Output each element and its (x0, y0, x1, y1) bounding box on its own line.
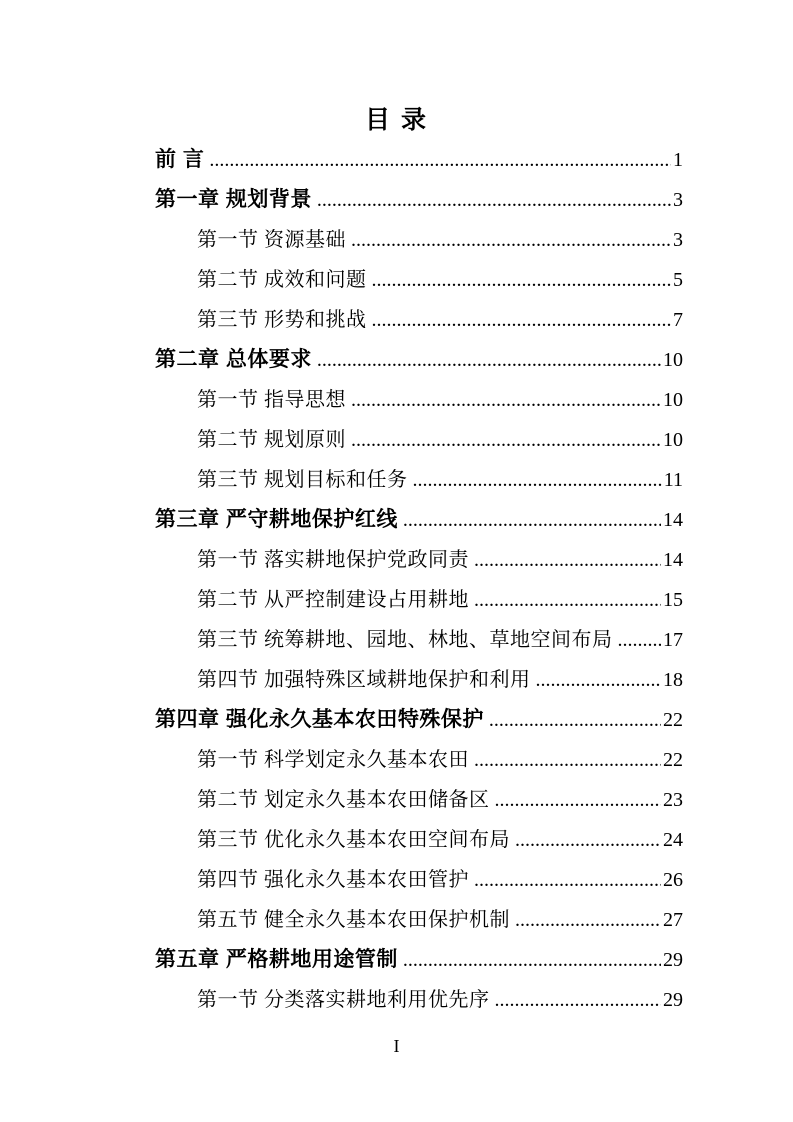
page-title: 目 录 (0, 100, 793, 136)
toc-entry-label: 第三节 优化永久基本农田空间布局 (197, 820, 510, 860)
toc-entry-label: 第四章 强化永久基本农田特殊保护 (155, 700, 484, 740)
toc-entry-label: 第二节 划定永久基本农田储备区 (197, 780, 490, 820)
dot-leader (489, 700, 661, 740)
toc-entry[interactable]: 第五节 健全永久基本农田保护机制 27 (155, 900, 683, 940)
dot-leader (474, 740, 661, 780)
dot-leader (618, 620, 662, 660)
toc-entry[interactable]: 第一节 分类落实耕地利用优先序 29 (155, 980, 683, 1020)
toc-entry[interactable]: 第一节 指导思想 10 (155, 380, 683, 420)
toc-entry-label: 第五节 健全永久基本农田保护机制 (197, 900, 510, 940)
dot-leader (372, 300, 672, 340)
dot-leader (372, 260, 672, 300)
toc-entry[interactable]: 第三节 形势和挑战 7 (155, 300, 683, 340)
toc-entry[interactable]: 第二节 划定永久基本农田储备区 23 (155, 780, 683, 820)
toc-entry[interactable]: 第一节 资源基础 3 (155, 220, 683, 260)
dot-leader (403, 940, 661, 980)
toc-entry-page: 11 (664, 460, 683, 500)
toc-entry[interactable]: 第三章 严守耕地保护红线 14 (155, 500, 683, 540)
toc-entry-page: 26 (663, 860, 683, 900)
toc-entry-label: 第二节 成效和问题 (197, 260, 367, 300)
toc-entry-page: 17 (663, 620, 683, 660)
document-page: 目 录 前 言 1 第一章 规划背景 3 第一节 资源基础 3 第二节 成效和问… (0, 0, 793, 1122)
dot-leader (209, 140, 671, 180)
toc-entry-page: 22 (663, 700, 683, 740)
toc-entry-page: 18 (663, 660, 683, 700)
toc-entry[interactable]: 第二节 规划原则 10 (155, 420, 683, 460)
toc-entry-page: 3 (673, 180, 683, 220)
toc-entry-page: 1 (673, 140, 683, 180)
toc-entry-page: 14 (663, 500, 683, 540)
toc-entry-page: 15 (663, 580, 683, 620)
toc-entry-page: 23 (663, 780, 683, 820)
toc-entry[interactable]: 第五章 严格耕地用途管制 29 (155, 940, 683, 980)
toc-entry[interactable]: 第三节 统筹耕地、园地、林地、草地空间布局 17 (155, 620, 683, 660)
toc-entry[interactable]: 第二章 总体要求 10 (155, 340, 683, 380)
toc-entry-page: 22 (663, 740, 683, 780)
dot-leader (474, 860, 661, 900)
toc-entry-label: 第五章 严格耕地用途管制 (155, 940, 398, 980)
toc-entry-page: 29 (663, 980, 683, 1020)
toc-entry-label: 第一节 资源基础 (197, 220, 346, 260)
toc-entry-label: 第四节 加强特殊区域耕地保护和利用 (197, 660, 531, 700)
toc-entry[interactable]: 第四章 强化永久基本农田特殊保护 22 (155, 700, 683, 740)
dot-leader (474, 540, 661, 580)
dot-leader (317, 180, 671, 220)
toc-entry-label: 第三节 统筹耕地、园地、林地、草地空间布局 (197, 620, 613, 660)
dot-leader (536, 660, 662, 700)
toc-entry-label: 第一节 科学划定永久基本农田 (197, 740, 469, 780)
toc-entry[interactable]: 第四节 强化永久基本农田管护 26 (155, 860, 683, 900)
footer-page-number: I (0, 1036, 793, 1057)
toc-entry-page: 10 (663, 340, 683, 380)
toc-entry-label: 第一章 规划背景 (155, 180, 312, 220)
toc-entry-label: 第一节 落实耕地保护党政同责 (197, 540, 469, 580)
toc-entry[interactable]: 第三节 规划目标和任务 11 (155, 460, 683, 500)
dot-leader (515, 900, 661, 940)
toc-entry-page: 24 (663, 820, 683, 860)
toc-entry[interactable]: 第一节 科学划定永久基本农田 22 (155, 740, 683, 780)
toc-entry[interactable]: 第一节 落实耕地保护党政同责 14 (155, 540, 683, 580)
toc-entry-page: 7 (673, 300, 683, 340)
toc-entry[interactable]: 第三节 优化永久基本农田空间布局 24 (155, 820, 683, 860)
toc-entry-label: 第二章 总体要求 (155, 340, 312, 380)
toc-entry[interactable]: 前 言 1 (155, 140, 683, 180)
toc-entry-page: 27 (663, 900, 683, 940)
dot-leader (474, 580, 661, 620)
dot-leader (351, 420, 661, 460)
toc-entry-label: 第二节 规划原则 (197, 420, 346, 460)
toc-entry-page: 10 (663, 380, 683, 420)
toc-entry-label: 第三章 严守耕地保护红线 (155, 500, 398, 540)
toc-entry-page: 14 (663, 540, 683, 580)
toc-entry-label: 第一节 分类落实耕地利用优先序 (197, 980, 490, 1020)
toc-entry-label: 前 言 (155, 140, 204, 180)
toc-entry-label: 第三节 形势和挑战 (197, 300, 367, 340)
dot-leader (403, 500, 661, 540)
dot-leader (351, 380, 661, 420)
toc-entry-page: 3 (673, 220, 683, 260)
toc-entry-label: 第三节 规划目标和任务 (197, 460, 408, 500)
toc-entry-label: 第一节 指导思想 (197, 380, 346, 420)
dot-leader (515, 820, 661, 860)
dot-leader (351, 220, 671, 260)
toc-list: 前 言 1 第一章 规划背景 3 第一节 资源基础 3 第二节 成效和问题 5 … (155, 140, 683, 1020)
toc-entry[interactable]: 第四节 加强特殊区域耕地保护和利用 18 (155, 660, 683, 700)
toc-entry[interactable]: 第二节 成效和问题 5 (155, 260, 683, 300)
dot-leader (413, 460, 662, 500)
toc-entry-label: 第四节 强化永久基本农田管护 (197, 860, 469, 900)
toc-entry-label: 第二节 从严控制建设占用耕地 (197, 580, 469, 620)
dot-leader (495, 980, 662, 1020)
toc-entry-page: 29 (663, 940, 683, 980)
toc-entry-page: 5 (673, 260, 683, 300)
toc-entry-page: 10 (663, 420, 683, 460)
dot-leader (317, 340, 661, 380)
toc-entry[interactable]: 第一章 规划背景 3 (155, 180, 683, 220)
toc-entry[interactable]: 第二节 从严控制建设占用耕地 15 (155, 580, 683, 620)
dot-leader (495, 780, 662, 820)
